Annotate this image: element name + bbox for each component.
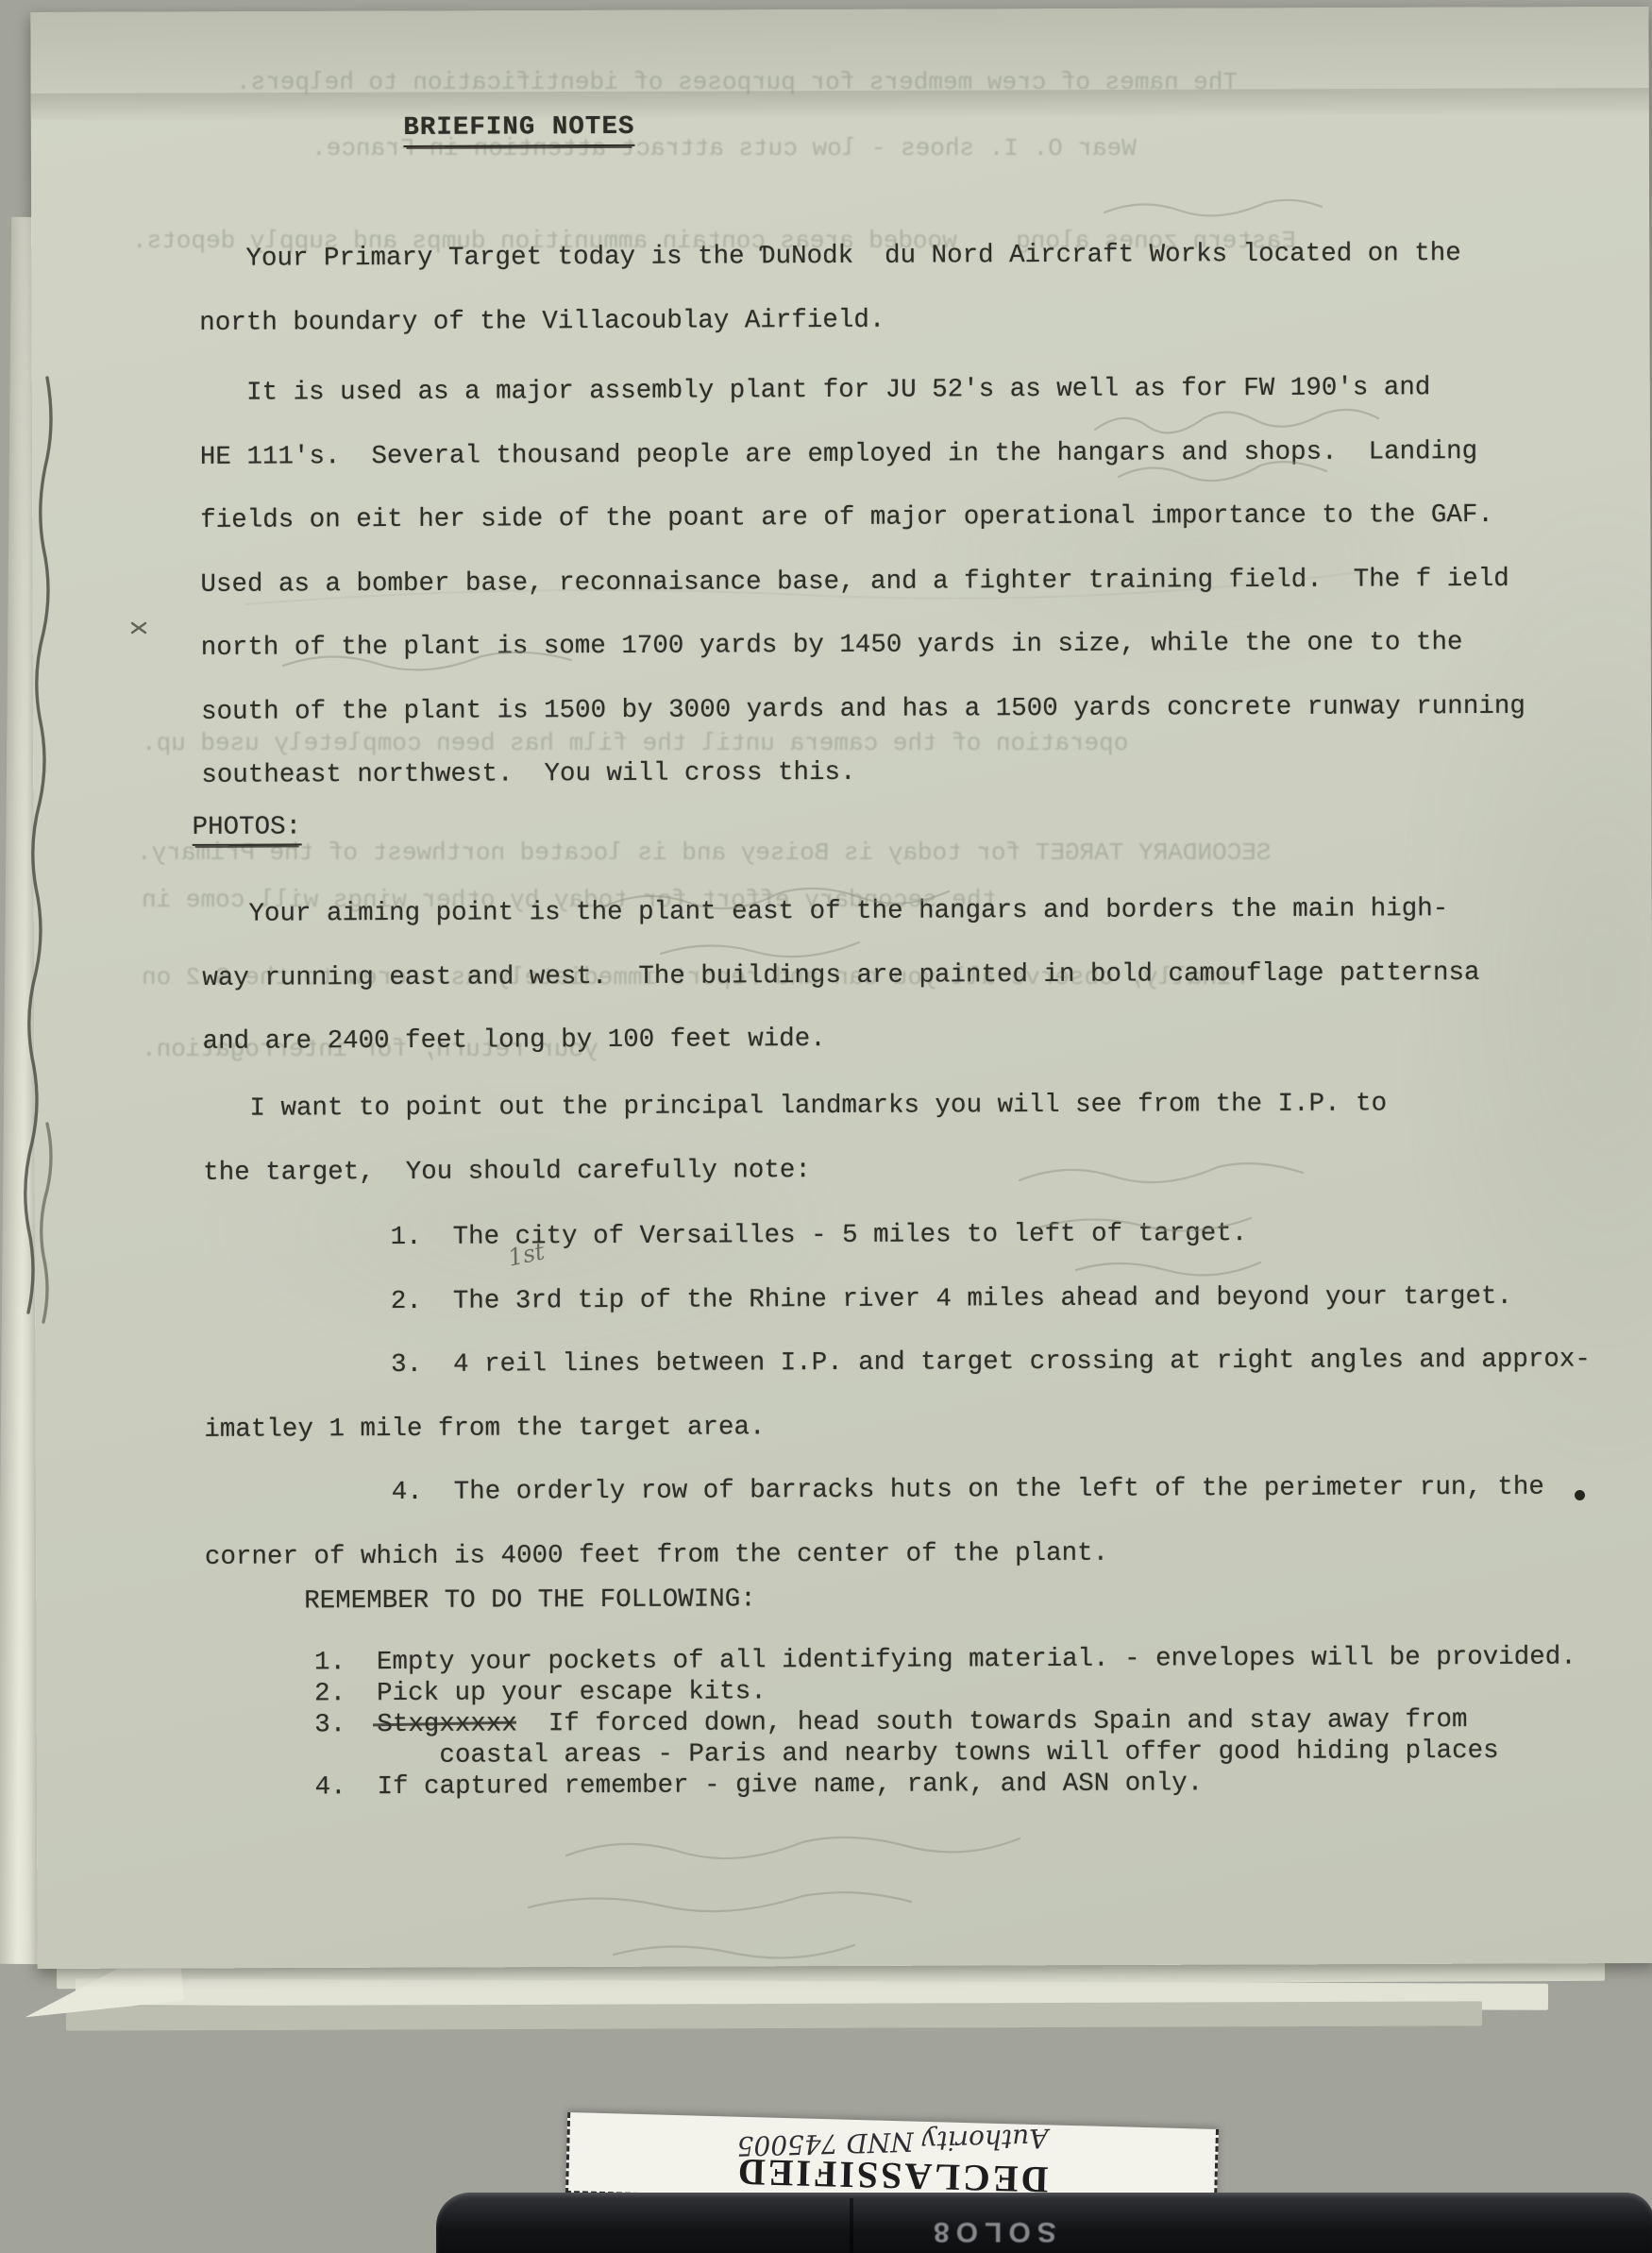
black-device: SOLO8 [436, 2193, 1652, 2253]
device-label: SOLO8 [927, 2215, 1056, 2247]
scanned-photo: The names of crew members for purposes o… [0, 0, 1652, 2253]
device-seam [850, 2198, 853, 2253]
stamp-authority-text: Authority NND 745005 [736, 2124, 1049, 2160]
handwriting-marks [0, 0, 1652, 2253]
